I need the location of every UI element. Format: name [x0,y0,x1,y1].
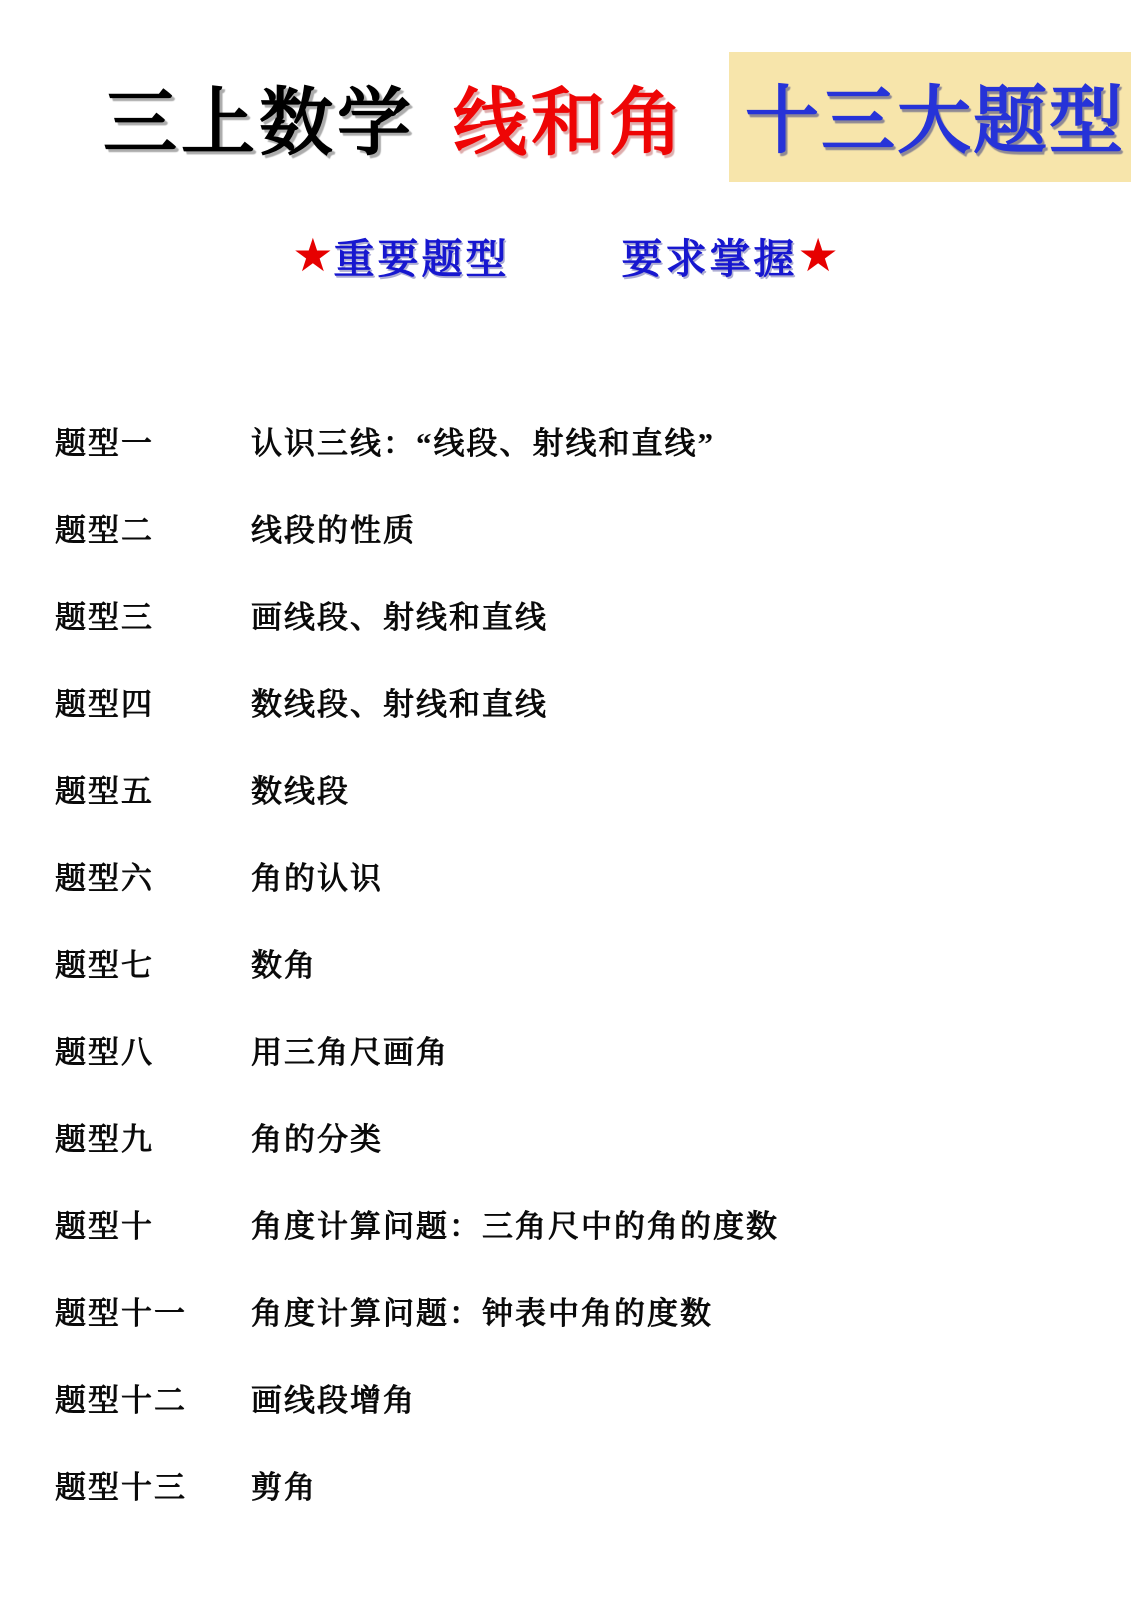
toc-item-label: 题型十三 [55,1462,251,1507]
star-icon-right: ★ [798,233,839,279]
toc-item-desc: 画线段增角 [251,1375,416,1420]
title-course-text: 三上数学 [103,64,415,170]
toc-list: 题型一 认识三线：“线段、射线和直线” 题型二 线段的性质 题型三 画线段、射线… [55,418,1075,1549]
toc-item-desc: 角度计算问题：三角尺中的角的度数 [251,1201,779,1246]
toc-item-label: 题型十二 [55,1375,251,1420]
toc-item-desc: 画线段、射线和直线 [251,592,548,637]
toc-item: 题型七 数角 [55,940,1075,985]
title-badge-highlight: 十三大题型 [729,52,1131,182]
toc-item: 题型八 用三角尺画角 [55,1027,1075,1072]
toc-item-desc: 数线段 [251,766,350,811]
toc-item: 题型一 认识三线：“线段、射线和直线” [55,418,1075,463]
title-topic-text: 线和角 [453,64,687,170]
document-page: 三上数学 线和角 十三大题型 ★ 重要题型 要求掌握 ★ 题型一 认识三线：“线… [0,0,1131,1600]
toc-item-label: 题型六 [55,853,251,898]
toc-item-label: 题型七 [55,940,251,985]
toc-item: 题型六 角的认识 [55,853,1075,898]
toc-item-label: 题型二 [55,505,251,550]
toc-item: 题型九 角的分类 [55,1114,1075,1159]
toc-item: 题型三 画线段、射线和直线 [55,592,1075,637]
toc-item: 题型五 数线段 [55,766,1075,811]
toc-item-label: 题型八 [55,1027,251,1072]
toc-item-desc: 角度计算问题：钟表中角的度数 [251,1288,713,1333]
toc-item-desc: 数线段、射线和直线 [251,679,548,724]
subtitle-right-text: 要求掌握 [622,226,798,285]
subtitle-left-text: 重要题型 [334,226,510,285]
toc-item-desc: 数角 [251,940,317,985]
toc-item: 题型十三 剪角 [55,1462,1075,1507]
subtitle: ★ 重要题型 要求掌握 ★ [0,226,1131,285]
toc-item-label: 题型九 [55,1114,251,1159]
toc-item-desc: 角的分类 [251,1114,383,1159]
toc-item: 题型十二 画线段增角 [55,1375,1075,1420]
toc-item-desc: 用三角尺画角 [251,1027,449,1072]
toc-item-label: 题型四 [55,679,251,724]
toc-item: 题型十 角度计算问题：三角尺中的角的度数 [55,1201,1075,1246]
toc-item-label: 题型五 [55,766,251,811]
star-icon-left: ★ [292,233,333,279]
toc-item-label: 题型一 [55,418,251,463]
toc-item-desc: 认识三线：“线段、射线和直线” [251,418,715,463]
toc-item: 题型二 线段的性质 [55,505,1075,550]
toc-item-label: 题型三 [55,592,251,637]
subtitle-right-group: 要求掌握 ★ [622,226,839,285]
toc-item: 题型四 数线段、射线和直线 [55,679,1075,724]
toc-item: 题型十一 角度计算问题：钟表中角的度数 [55,1288,1075,1333]
subtitle-left-group: ★ 重要题型 [292,226,509,285]
document-title: 三上数学 线和角 十三大题型 [103,52,1131,182]
toc-item-desc: 线段的性质 [251,505,416,550]
toc-item-desc: 剪角 [251,1462,317,1507]
toc-item-label: 题型十一 [55,1288,251,1333]
toc-item-label: 题型十 [55,1201,251,1246]
toc-item-desc: 角的认识 [251,853,383,898]
